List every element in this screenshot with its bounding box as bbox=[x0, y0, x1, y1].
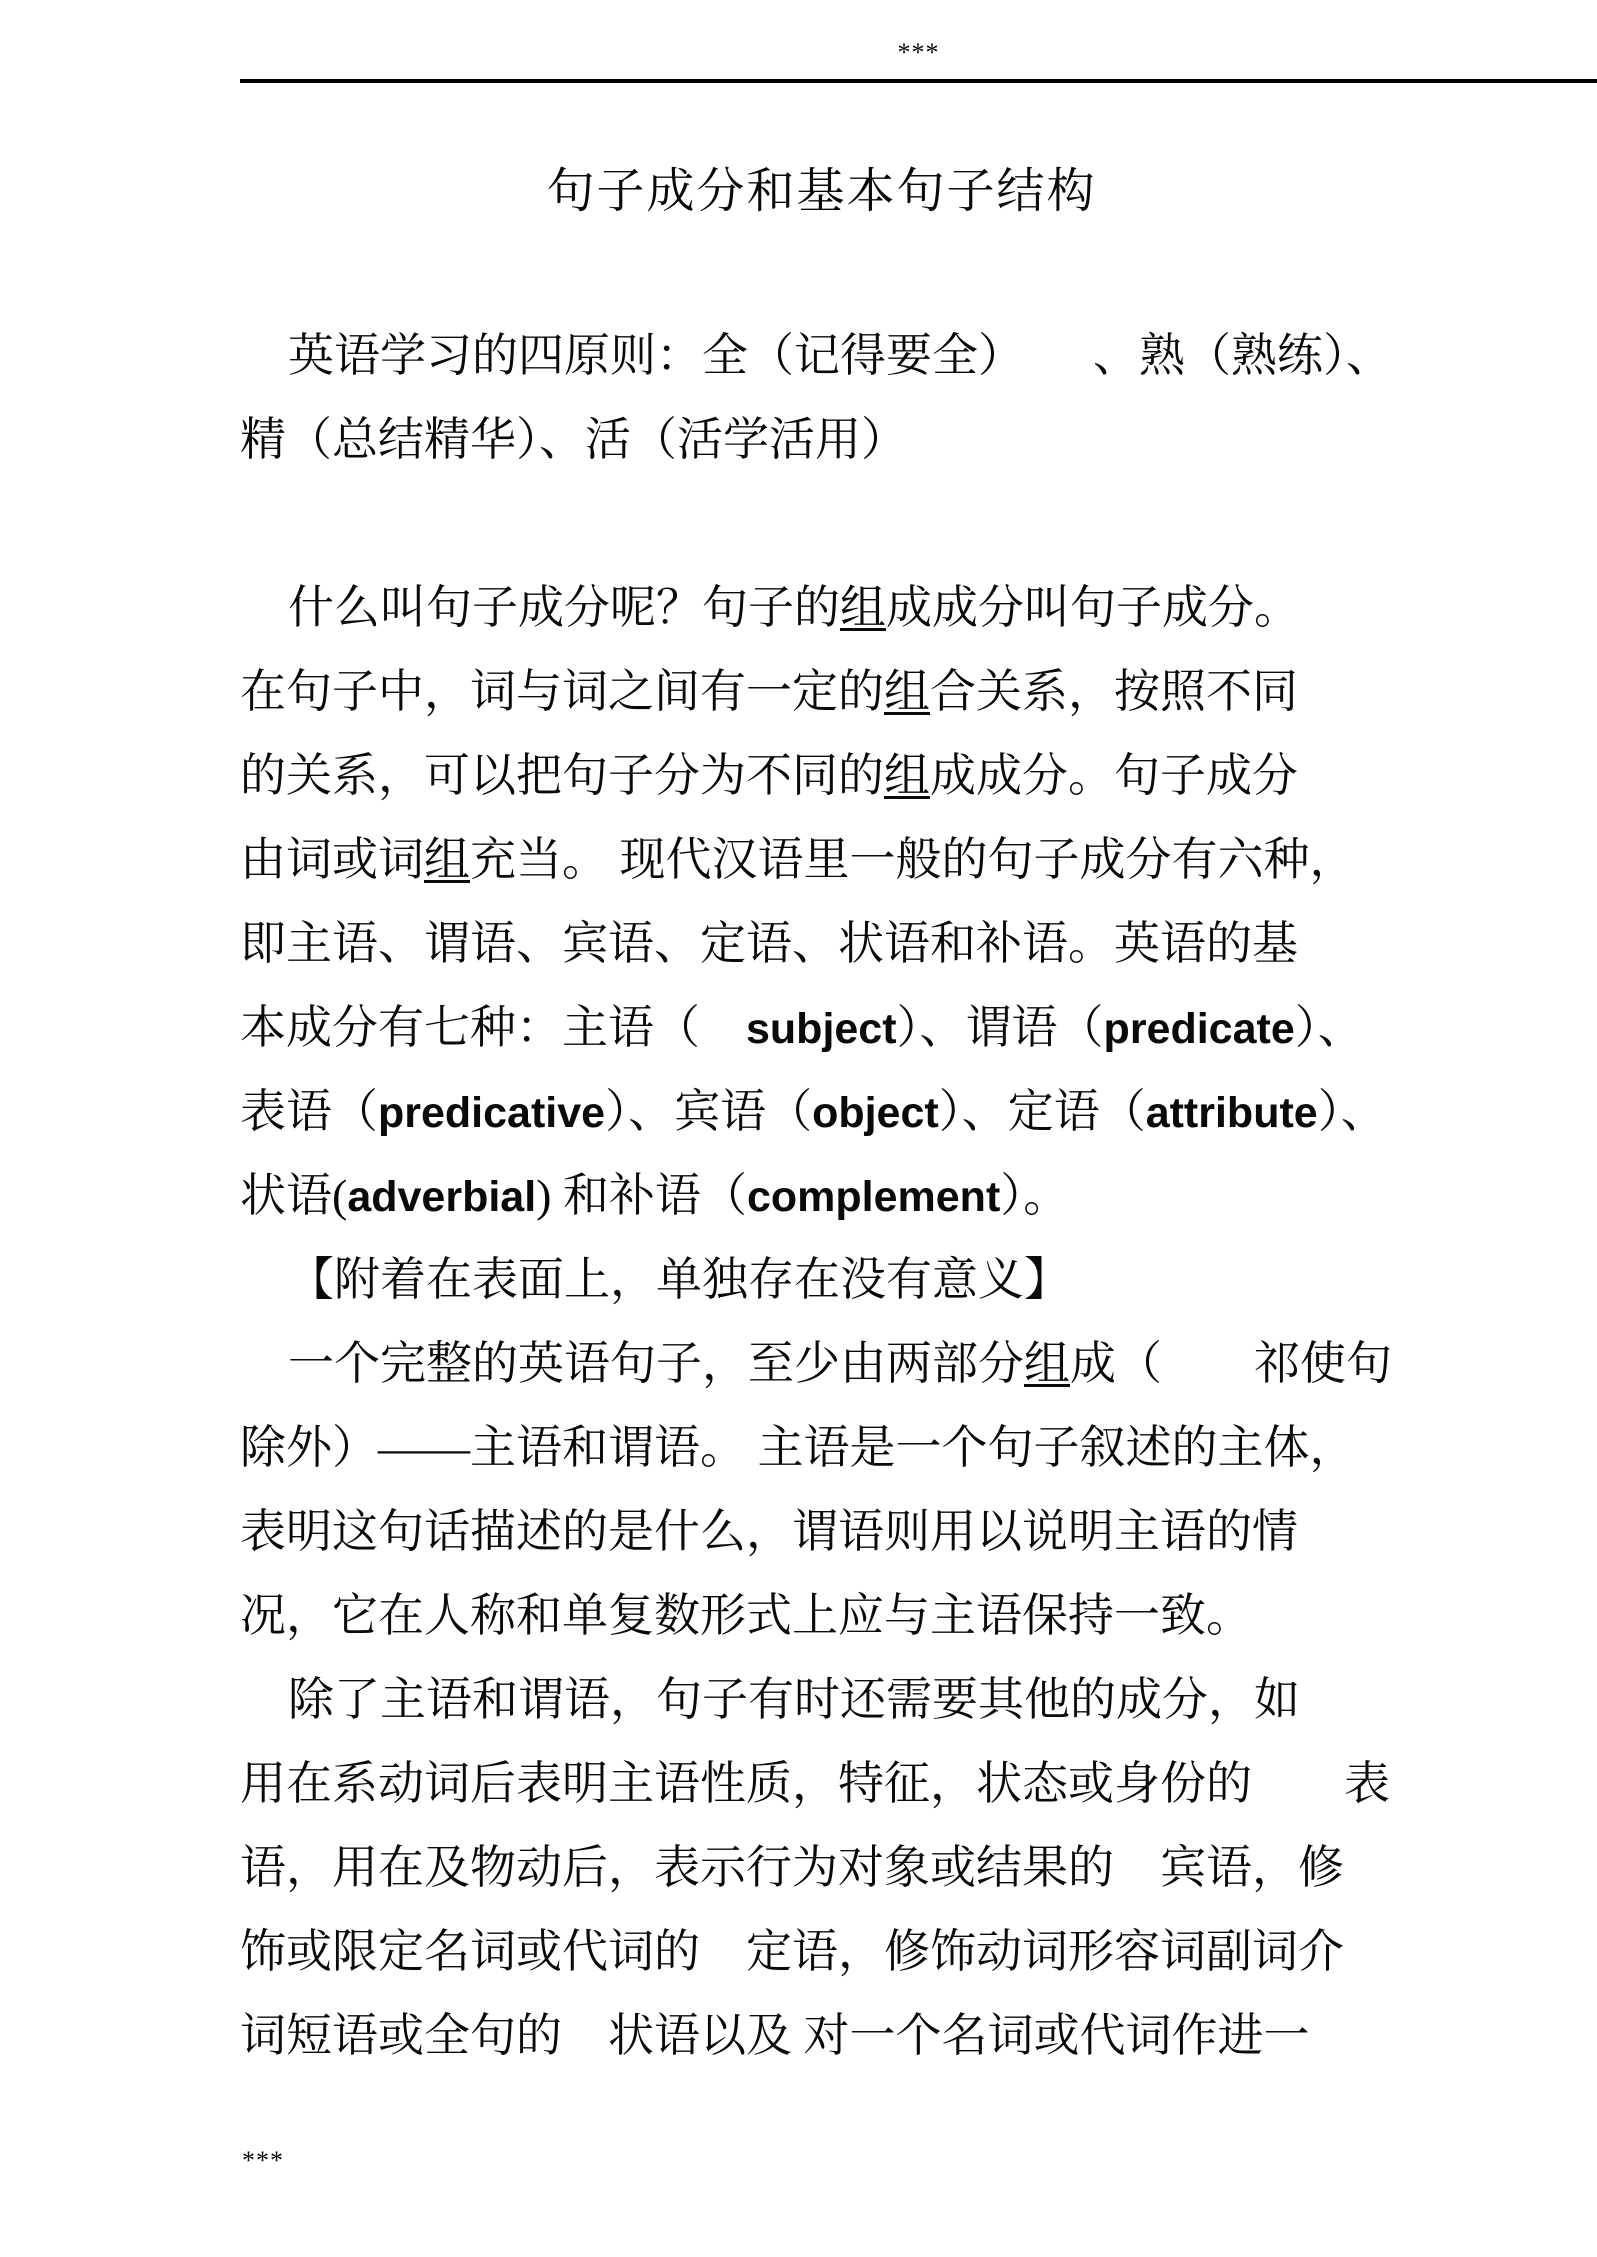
document-page: *** 句子成分和基本句子结构 英语学习的四原则：全（记得要全） 、熟（熟练）、… bbox=[0, 0, 1597, 2257]
text-segment: ) 和补语（ bbox=[536, 1170, 747, 1221]
document-body: 英语学习的四原则：全（记得要全） 、熟（熟练）、精（总结精华）、活（活学活用）什… bbox=[240, 314, 1390, 2078]
text-segment: 饰或限定名词或代词的 定语，修饰动词形容词副词介 bbox=[240, 1926, 1344, 1977]
text-segment: 用在系动词后表明主语性质，特征，状态或身份的 表 bbox=[240, 1758, 1390, 1809]
paragraph-complete-sentence: 一个完整的英语句子，至少由两部分组成（ 祁使句除外）——主语和谓语。 主语是一个… bbox=[240, 1322, 1390, 1658]
underlined-text: 组 bbox=[840, 582, 886, 633]
text-line: 饰或限定名词或代词的 定语，修饰动词形容词副词介 bbox=[240, 1910, 1390, 1994]
text-segment: ）、 bbox=[1295, 1002, 1364, 1053]
text-segment: 表语（ bbox=[240, 1086, 378, 1137]
text-segment: 状语( bbox=[240, 1170, 347, 1221]
text-segment: 的关系，可以把句子分为不同的 bbox=[240, 750, 884, 801]
text-segment: 即主语、谓语、宾语、定语、状语和补语。英语的基 bbox=[240, 918, 1298, 969]
text-segment: ）、谓语（ bbox=[897, 1002, 1104, 1053]
text-line: 况，它在人称和单复数形式上应与主语保持一致。 bbox=[240, 1574, 1390, 1658]
text-segment: 成成分。句子成分 bbox=[930, 750, 1298, 801]
text-line: 表明这句话描述的是什么，谓语则用以说明主语的情 bbox=[240, 1490, 1390, 1574]
footer-marker: *** bbox=[242, 2148, 284, 2174]
english-term: attribute bbox=[1146, 1089, 1318, 1137]
underlined-text: 组 bbox=[1024, 1338, 1070, 1389]
text-line: 在句子中，词与词之间有一定的组合关系，按照不同 bbox=[240, 650, 1390, 734]
text-line: 精（总结精华）、活（活学活用） bbox=[240, 398, 1390, 482]
text-segment: 由词或词 bbox=[240, 834, 424, 885]
text-line: 状语(adverbial) 和补语（complement）。 bbox=[240, 1154, 1390, 1238]
paragraph-other-components: 除了主语和谓语，句子有时还需要其他的成分，如用在系动词后表明主语性质，特征，状态… bbox=[240, 1658, 1390, 2078]
english-term: subject bbox=[746, 1005, 897, 1053]
english-term: predicate bbox=[1104, 1005, 1295, 1053]
text-segment: 成成分叫句子成分。 bbox=[886, 582, 1300, 633]
text-line: 语，用在及物动后，表示行为对象或结果的 宾语，修 bbox=[240, 1826, 1390, 1910]
english-term: predicative bbox=[378, 1089, 605, 1137]
text-segment: 除外）——主语和谓语。 主语是一个句子叙述的主体， bbox=[240, 1422, 1356, 1473]
text-line: 一个完整的英语句子，至少由两部分组成（ 祁使句 bbox=[240, 1322, 1390, 1406]
underlined-text: 组 bbox=[884, 666, 930, 717]
text-segment: 充当。 现代汉语里一般的句子成分有六种， bbox=[470, 834, 1356, 885]
text-segment: 合关系，按照不同 bbox=[930, 666, 1298, 717]
english-term: adverbial bbox=[347, 1173, 536, 1221]
english-term: complement bbox=[747, 1173, 1000, 1221]
paragraph-definition: 什么叫句子成分呢？句子的组成成分叫句子成分。在句子中，词与词之间有一定的组合关系… bbox=[240, 566, 1390, 1238]
page-title: 句子成分和基本句子结构 bbox=[46, 150, 1597, 234]
underlined-text: 组 bbox=[884, 750, 930, 801]
header-marker: *** bbox=[240, 40, 1597, 66]
text-line: 什么叫句子成分呢？句子的组成成分叫句子成分。 bbox=[240, 566, 1390, 650]
text-segment: ）、定语（ bbox=[939, 1086, 1146, 1137]
text-segment: 成（ 祁使句 bbox=[1070, 1338, 1392, 1389]
text-segment: 本成分有七种：主语（ bbox=[240, 1002, 746, 1053]
text-segment: 【附着在表面上，单独存在没有意义】 bbox=[288, 1254, 1070, 1305]
paragraph-principles: 英语学习的四原则：全（记得要全） 、熟（熟练）、精（总结精华）、活（活学活用） bbox=[240, 314, 1390, 482]
text-segment: 精（总结精华）、活（活学活用） bbox=[240, 414, 907, 465]
text-segment: 语，用在及物动后，表示行为对象或结果的 宾语，修 bbox=[240, 1842, 1344, 1893]
text-line: 的关系，可以把句子分为不同的组成成分。句子成分 bbox=[240, 734, 1390, 818]
text-segment: 表明这句话描述的是什么，谓语则用以说明主语的情 bbox=[240, 1506, 1298, 1557]
text-line: 除外）——主语和谓语。 主语是一个句子叙述的主体， bbox=[240, 1406, 1390, 1490]
text-segment: ）。 bbox=[1000, 1170, 1069, 1221]
text-segment: 况，它在人称和单复数形式上应与主语保持一致。 bbox=[240, 1590, 1252, 1641]
text-segment: 词短语或全句的 状语以及 对一个名词或代词作进一 bbox=[240, 2010, 1310, 2061]
text-line: 除了主语和谓语，句子有时还需要其他的成分，如 bbox=[240, 1658, 1390, 1742]
text-line: 词短语或全句的 状语以及 对一个名词或代词作进一 bbox=[240, 1994, 1390, 2078]
text-segment: 除了主语和谓语，句子有时还需要其他的成分，如 bbox=[288, 1674, 1300, 1725]
text-line: 表语（predicative）、宾语（object）、定语（attribute）… bbox=[240, 1070, 1390, 1154]
text-segment: ）、宾语（ bbox=[605, 1086, 812, 1137]
text-segment: 什么叫句子成分呢？句子的 bbox=[288, 582, 840, 633]
text-line: 用在系动词后表明主语性质，特征，状态或身份的 表 bbox=[240, 1742, 1390, 1826]
text-line: 【附着在表面上，单独存在没有意义】 bbox=[240, 1238, 1390, 1322]
english-term: object bbox=[812, 1089, 939, 1137]
text-segment: ）、 bbox=[1318, 1086, 1387, 1137]
text-segment: 在句子中，词与词之间有一定的 bbox=[240, 666, 884, 717]
text-line: 即主语、谓语、宾语、定语、状语和补语。英语的基 bbox=[240, 902, 1390, 986]
paragraph-note: 【附着在表面上，单独存在没有意义】 bbox=[240, 1238, 1390, 1322]
text-line: 本成分有七种：主语（ subject）、谓语（predicate）、 bbox=[240, 986, 1390, 1070]
text-line: 由词或词组充当。 现代汉语里一般的句子成分有六种， bbox=[240, 818, 1390, 902]
text-segment: 一个完整的英语句子，至少由两部分 bbox=[288, 1338, 1024, 1389]
text-segment: 英语学习的四原则：全（记得要全） 、熟（熟练）、 bbox=[288, 330, 1392, 381]
text-line: 英语学习的四原则：全（记得要全） 、熟（熟练）、 bbox=[240, 314, 1390, 398]
underlined-text: 组 bbox=[424, 834, 470, 885]
header-rule bbox=[240, 79, 1597, 83]
